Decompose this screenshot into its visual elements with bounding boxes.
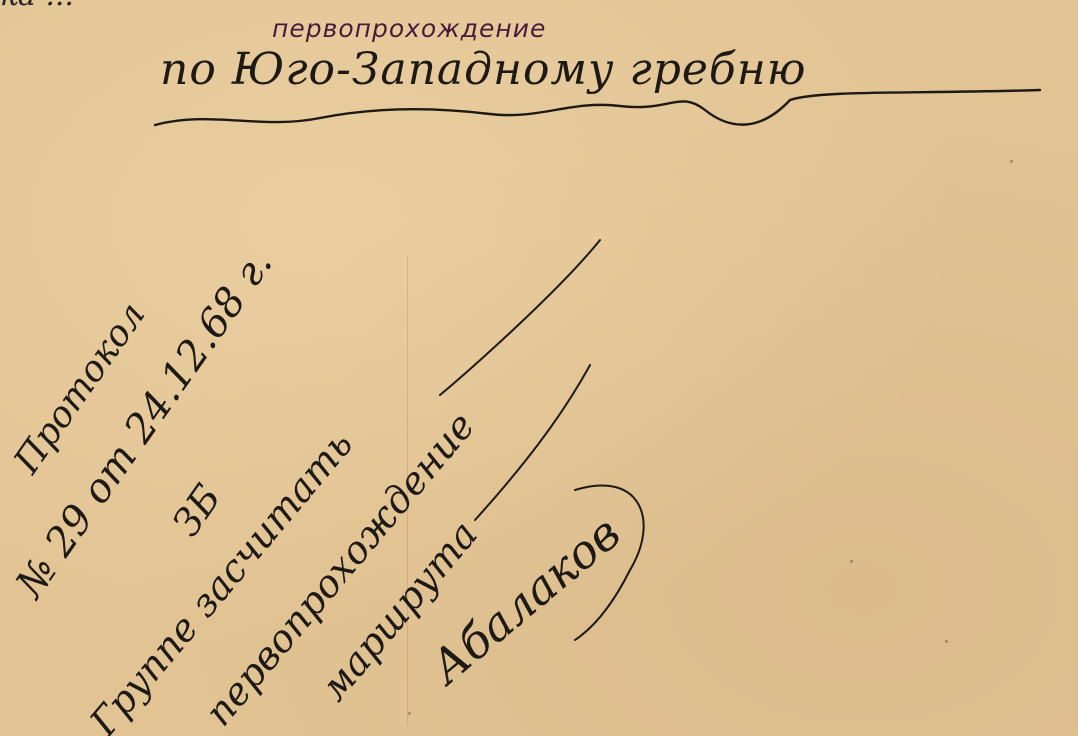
signature-flourish — [0, 0, 1078, 736]
